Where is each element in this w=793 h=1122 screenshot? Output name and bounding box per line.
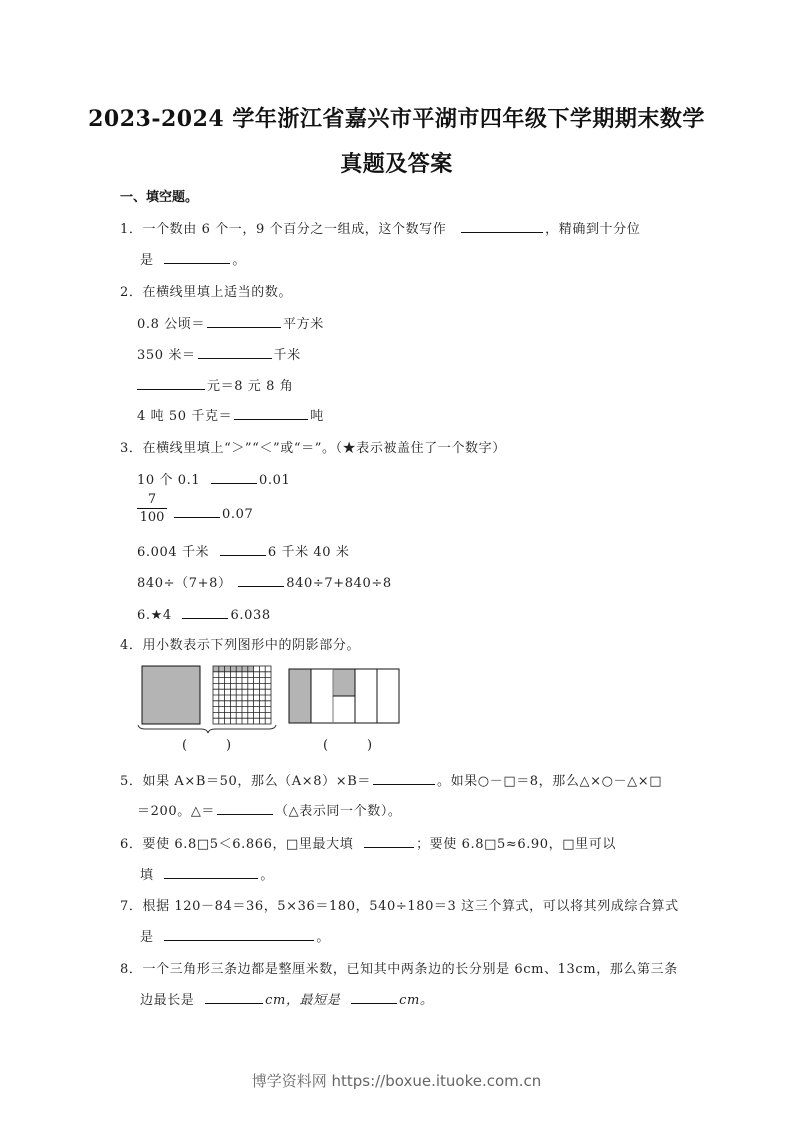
q6-blank-1[interactable]	[364, 833, 414, 848]
q3-item-5-right: 6.038	[230, 608, 270, 623]
q5-blank-2[interactable]	[217, 800, 273, 815]
q4-paren-2-open: (	[323, 738, 328, 753]
q3-item-2: 0.07	[172, 503, 253, 522]
q8-text-b: cm，最短是	[265, 993, 340, 1008]
q3-item-4: 840÷（7+8） 840÷7+840÷8	[137, 572, 392, 591]
q3-item-1-left: 10 个 0.1	[137, 473, 200, 488]
q5-text-b: 。如果○－□＝8，那么△×○－△×□	[437, 774, 662, 789]
hundred-grid	[213, 666, 271, 724]
question-6-line-2: 填 。	[140, 864, 274, 883]
question-3-prompt: 3．在横线里填上“＞”“＜”或“＝”。（★表示被盖住了一个数字）	[120, 437, 506, 456]
q4-paren-1-close: )	[226, 738, 231, 753]
q7-text-b: 。	[316, 930, 330, 945]
q3-fraction: 7 100	[137, 492, 167, 525]
question-1-line-2: 是 。	[140, 249, 246, 268]
q2-item-2: 350 米＝千米	[137, 344, 301, 363]
q1-blank-1[interactable]	[461, 218, 543, 233]
q3-item-3-right: 6 千米 40 米	[268, 545, 350, 560]
figure-square-and-grid	[135, 664, 280, 734]
q2-item-4: 4 吨 50 千克＝吨	[137, 405, 324, 424]
q2-item-2-after: 千米	[274, 348, 301, 363]
q2-item-3: 元＝8 元 8 角	[137, 375, 293, 394]
q3-item-4-left: 840÷（7+8）	[137, 576, 232, 591]
q2-blank-3[interactable]	[137, 375, 205, 390]
question-1-line-1: 1．一个数由 6 个一，9 个百分之一组成，这个数写作 ，精确到十分位	[120, 218, 640, 237]
q2-item-3-after: 元＝8 元 8 角	[207, 379, 293, 394]
question-5-line-1: 5．如果 A×B＝50，那么（A×8）×B＝。如果○－□＝8，那么△×○－△×□	[120, 770, 662, 789]
q2-item-4-after: 吨	[310, 409, 324, 424]
q8-text-a: 边最长是	[140, 993, 194, 1008]
q3-blank-1[interactable]	[211, 469, 257, 484]
q2-item-1-after: 平方米	[283, 317, 324, 332]
q2-item-1-before: 0.8 公顷＝	[137, 317, 205, 332]
question-4-prompt: 4．用小数表示下列图形中的阴影部分。	[120, 634, 360, 653]
q2-item-1: 0.8 公顷＝平方米	[137, 313, 324, 332]
q4-answer-2-blank[interactable]	[331, 738, 363, 754]
q3-item-2-right: 0.07	[222, 507, 253, 522]
q5-text-d: （△表示同一个数）。	[275, 804, 402, 819]
fraction-numerator: 7	[137, 492, 167, 509]
page-title-line-2: 真题及答案	[0, 147, 793, 178]
q6-text-c: 填	[140, 868, 154, 883]
figure-rectangle-columns	[288, 668, 403, 726]
q6-text-b: ；要使 6.8□5≈6.90，□里可以	[416, 837, 616, 852]
q1-blank-2[interactable]	[164, 249, 230, 264]
q3-item-5-left: 6.★4	[137, 608, 172, 623]
footer-watermark: 博学资料网 https://boxue.ituoke.com.cn	[0, 1070, 793, 1091]
q6-text-a: 6．要使 6.8□5＜6.866，□里最大填	[120, 837, 353, 852]
q6-text-d: 。	[260, 868, 274, 883]
q1-text-c: 是	[140, 253, 154, 268]
q8-text-c: cm。	[399, 993, 433, 1008]
q3-blank-2[interactable]	[174, 503, 220, 518]
q3-item-4-right: 840÷7+840÷8	[286, 576, 391, 591]
q6-blank-2[interactable]	[164, 864, 258, 879]
question-6-line-1: 6．要使 6.8□5＜6.866，□里最大填 ；要使 6.8□5≈6.90，□里…	[120, 833, 616, 852]
q7-blank-1[interactable]	[164, 926, 314, 941]
question-2-prompt: 2．在横线里填上适当的数。	[120, 281, 292, 300]
q2-blank-4[interactable]	[234, 405, 308, 420]
q8-blank-2[interactable]	[351, 989, 397, 1004]
q3-blank-4[interactable]	[238, 572, 284, 587]
page-title-line-1: 2023-2024 学年浙江省嘉兴市平湖市四年级下学期期末数学	[0, 102, 793, 133]
brace	[138, 725, 276, 733]
q3-item-3-left: 6.004 千米	[137, 545, 209, 560]
q2-item-4-before: 4 吨 50 千克＝	[137, 409, 232, 424]
question-7-line-1: 7．根据 120－84＝36，5×36＝180，540÷180＝3 这三个算式，…	[120, 895, 679, 914]
q3-item-1: 10 个 0.1 0.01	[137, 469, 290, 488]
question-8-line-1: 8．一个三角形三条边都是整厘米数，已知其中两条边的长分别是 6cm、13cm，那…	[120, 958, 678, 977]
question-5-line-2: ＝200。△＝（△表示同一个数）。	[137, 800, 402, 819]
question-7-line-2: 是 。	[140, 926, 330, 945]
q3-blank-5[interactable]	[182, 604, 228, 619]
q8-blank-1[interactable]	[205, 989, 263, 1004]
q3-item-3: 6.004 千米 6 千米 40 米	[137, 541, 350, 560]
question-8-line-2: 边最长是 cm，最短是 cm。	[140, 989, 434, 1008]
q2-blank-1[interactable]	[207, 313, 281, 328]
q3-item-1-right: 0.01	[259, 473, 290, 488]
q5-text-c: ＝200。△＝	[137, 804, 215, 819]
q4-paren-2-close: )	[367, 738, 372, 753]
q5-blank-1[interactable]	[373, 770, 435, 785]
q1-text-d: 。	[232, 253, 246, 268]
q2-blank-2[interactable]	[198, 344, 272, 359]
section-heading: 一、填空题。	[120, 186, 198, 205]
q7-text-a: 是	[140, 930, 154, 945]
fraction-denominator: 100	[137, 509, 167, 525]
q3-item-5: 6.★4 6.038	[137, 604, 271, 623]
q4-paren-1-open: (	[182, 738, 187, 753]
q5-text-a: 5．如果 A×B＝50，那么（A×8）×B＝	[120, 774, 371, 789]
q2-item-2-before: 350 米＝	[137, 348, 196, 363]
q1-text-b: ，精确到十分位	[545, 222, 640, 237]
q4-answer-1-blank[interactable]	[190, 738, 222, 754]
q3-blank-3[interactable]	[220, 541, 266, 556]
q1-text-a: 1．一个数由 6 个一，9 个百分之一组成，这个数写作	[120, 222, 446, 237]
